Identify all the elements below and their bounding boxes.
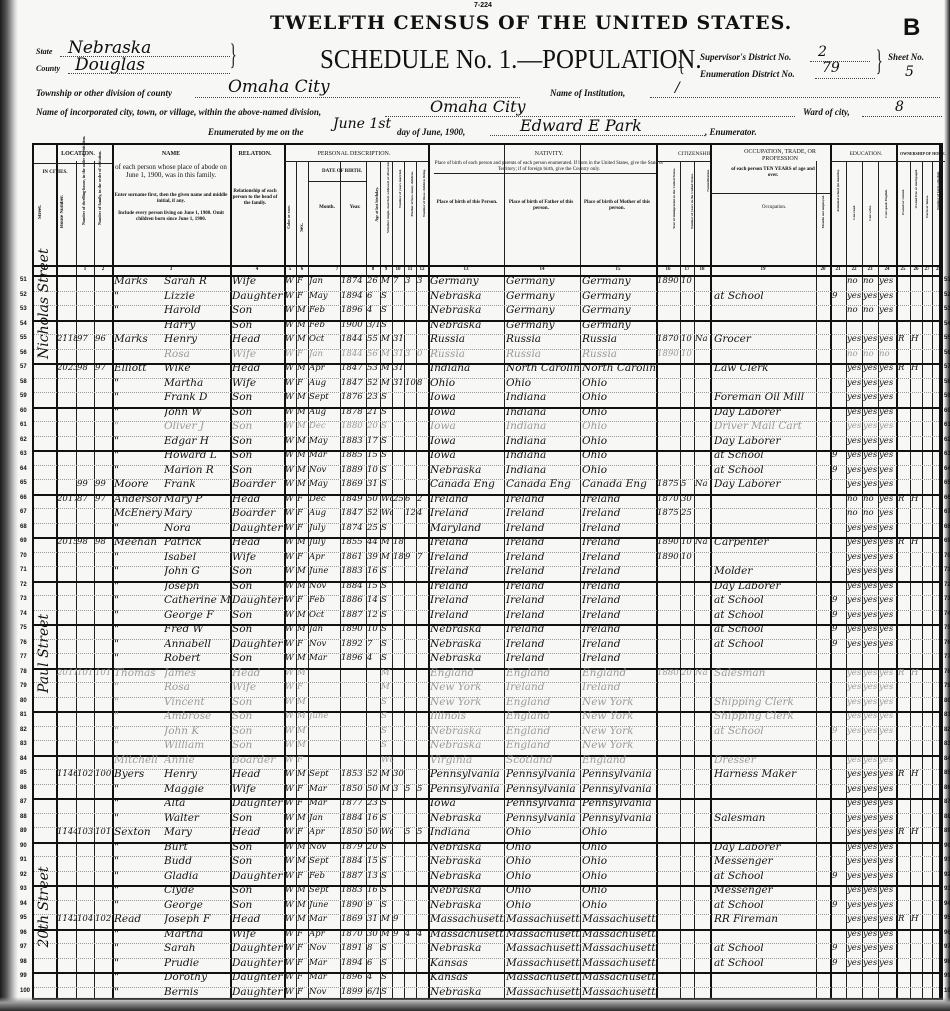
cell-surname: " (114, 434, 162, 449)
cell-given-name: Edgar H (164, 434, 230, 449)
cell-read: yes (847, 695, 863, 710)
cell-write: yes (863, 448, 879, 463)
cell-birthplace: Pennsylvania (430, 767, 504, 782)
cell-write: yes (863, 869, 879, 884)
scan-edge-bottom (0, 997, 950, 1011)
cell-month: Mar (309, 970, 340, 985)
cell-year: 1878 (341, 405, 367, 420)
cell-school: 9 (832, 637, 846, 652)
cell-yrs-us: 20 (681, 666, 695, 681)
line-number-right: 68 (944, 524, 950, 530)
header-house-number: House Number. (60, 195, 65, 228)
cell-age: 17 (367, 434, 381, 449)
line-number-left: 77 (20, 654, 27, 660)
cell-write: yes (863, 753, 879, 768)
cell-mother-birthplace: Ohio (582, 448, 656, 463)
cell-month: July (309, 521, 340, 536)
cell-occupation: Day Laborer (714, 405, 816, 420)
line-number-right: 70 (944, 553, 950, 559)
line-number-left: 97 (20, 944, 27, 950)
cell-dwelling: 102 (77, 767, 95, 782)
cell-birthplace: Germany (430, 274, 504, 289)
cell-occupation: at School (714, 724, 816, 739)
cell-year: 1850 (341, 782, 367, 797)
cell-write: yes (863, 912, 879, 927)
cell-father-birthplace: Indiana (506, 390, 580, 405)
cell-family: 102 (95, 912, 113, 927)
line-number-right: 76 (944, 640, 950, 646)
cell-english: yes (879, 782, 897, 797)
cell-years-married: 25 (393, 492, 405, 507)
cell-read: yes (847, 883, 863, 898)
cell-father-birthplace: Massachusetts (506, 941, 580, 956)
cell-age: 4 (367, 303, 381, 318)
cell-immig: 1890 (657, 274, 681, 289)
cell-year: 1890 (341, 898, 367, 913)
cell-marital: Wd (381, 753, 393, 768)
cell-surname: " (114, 448, 162, 463)
line-number-right: 89 (944, 828, 950, 834)
cell-birthplace: Russia (430, 332, 504, 347)
cell-relation: Son (232, 434, 284, 449)
cell-surname: " (114, 811, 162, 826)
cell-color: W (285, 579, 297, 594)
cell-month: Feb (309, 593, 340, 608)
line-number-left: 74 (20, 611, 27, 617)
cell-immig: 1890 (657, 550, 681, 565)
line-number-left: 89 (20, 828, 27, 834)
cell-father-birthplace: Ireland (506, 521, 580, 536)
city-label: Name of incorporated city, town, or vill… (36, 107, 321, 117)
cell-year: 1887 (341, 608, 367, 623)
cell-age: 16 (367, 883, 381, 898)
cell-birthplace: Nebraska (430, 811, 504, 826)
line-number-right: 72 (944, 582, 950, 588)
cell-sex: F (297, 521, 309, 536)
cell-occupation: at School (714, 941, 816, 956)
cell-birthplace: Kansas (430, 956, 504, 971)
sheet-side-letter: B (903, 14, 920, 42)
cell-english: yes (879, 767, 897, 782)
census-title: TWELFTH CENSUS OF THE UNITED STATES. (270, 12, 792, 34)
cell-mother-birthplace: New York (582, 695, 656, 710)
cell-occupation: Day Laborer (714, 840, 816, 855)
cell-marital: M (381, 666, 393, 681)
cell-occupation: at School (714, 608, 816, 623)
cell-month: Mar (309, 782, 340, 797)
cell-read: yes (847, 550, 863, 565)
header-occupation-sub: Occupation. (734, 205, 814, 211)
cell-marital: S (381, 622, 393, 637)
cell-birthplace: Ireland (430, 593, 504, 608)
cell-marital: M (381, 274, 393, 289)
cell-immig: 1875 (657, 477, 681, 492)
cell-natur: Na (695, 332, 711, 347)
cell-occupation: Harness Maker (714, 767, 816, 782)
cell-write: yes (863, 477, 879, 492)
cell-year: 1883 (341, 564, 367, 579)
cell-school: 9 (832, 622, 846, 637)
cell-write: yes (863, 941, 879, 956)
cell-occupation: at School (714, 448, 816, 463)
cell-mother-birthplace: Ohio (582, 405, 656, 420)
cell-month: Mar (309, 796, 340, 811)
cell-children-living: 4 (417, 927, 429, 942)
cell-mother-birthplace: Ireland (582, 506, 656, 521)
cell-age: 20 (367, 419, 381, 434)
cell-sex: F (297, 869, 309, 884)
cell-english: yes (879, 927, 897, 942)
column-number: 3 (112, 267, 230, 272)
cell-father-birthplace: Massachusetts (506, 927, 580, 942)
cell-birthplace: Virginia (430, 753, 504, 768)
street-name: Paul Street (36, 541, 52, 765)
cell-marital: S (381, 608, 393, 623)
column-number: 17 (680, 267, 694, 272)
cell-children-living: 7 (417, 550, 429, 565)
cell-write: yes (863, 796, 879, 811)
cell-mother-birthplace: Ireland (582, 535, 656, 550)
cell-birthplace: Nebraska (430, 941, 504, 956)
cell-father-birthplace: Ireland (506, 608, 580, 623)
header-birth-person: Place of birth of this Person. (434, 200, 500, 206)
cell-occupation: at School (714, 869, 816, 884)
cell-relation: Head (232, 535, 284, 550)
cell-english: yes (879, 854, 897, 869)
cell-given-name: Martha (164, 927, 230, 942)
state-label: State (36, 47, 52, 56)
cell-read: yes (847, 419, 863, 434)
cell-father-birthplace: Ireland (506, 593, 580, 608)
cell-year: 1844 (341, 347, 367, 362)
cell-father-birthplace: Germany (506, 274, 580, 289)
cell-mother-birthplace: Ohio (582, 869, 656, 884)
cell-read: yes (847, 477, 863, 492)
cell-read: no (847, 303, 863, 318)
cell-read: yes (847, 593, 863, 608)
cell-year: 1896 (341, 651, 367, 666)
schedule-title: SCHEDULE No. 1.—POPULATION. (320, 44, 702, 75)
cell-age: 31 (367, 477, 381, 492)
cell-read: yes (847, 854, 863, 869)
header-birth-father: Place of birth of Father of this person. (506, 200, 576, 212)
brace: } (230, 38, 237, 72)
cell-read: yes (847, 376, 863, 391)
cell-mother-birthplace: New York (582, 709, 656, 724)
cell-relation: Son (232, 564, 284, 579)
column-number: 9 (380, 267, 392, 272)
cell-english: yes (879, 622, 897, 637)
cell-english: yes (879, 550, 897, 565)
cell-marital: S (381, 796, 393, 811)
header-relation-desc: Relationship of each person to the head … (232, 189, 278, 207)
cell-dwelling: 98 (77, 535, 95, 550)
cell-relation: Head (232, 361, 284, 376)
cell-birthplace: Iowa (430, 448, 504, 463)
cell-surname: " (114, 854, 162, 869)
cell-sex: M (297, 477, 309, 492)
cell-write: yes (863, 695, 879, 710)
cell-birthplace: Indiana (430, 361, 504, 376)
cell-surname: Marks (114, 274, 162, 289)
cell-marital: S (381, 521, 393, 536)
cell-sex: F (297, 492, 309, 507)
cell-sex: F (297, 825, 309, 840)
cell-occupation: Foreman Oil Mill (714, 390, 816, 405)
cell-occupation: at School (714, 956, 816, 971)
cell-given-name: Patrick (164, 535, 230, 550)
cell-mother-birthplace: Ohio (582, 463, 656, 478)
cell-sex: M (297, 434, 309, 449)
enumerated-prefix: Enumerated by me on the (208, 127, 304, 137)
cell-age: 31 (367, 912, 381, 927)
cell-marital: M (381, 550, 393, 565)
cell-month: July (309, 535, 340, 550)
cell-relation: Daughter (232, 637, 284, 652)
cell-age: 6 (367, 289, 381, 304)
cell-family: 101 (95, 825, 113, 840)
line-number-right: 95 (944, 915, 950, 921)
cell-given-name: Budd (164, 854, 230, 869)
cell-given-name: Sarah R (164, 274, 230, 289)
line-number-left: 83 (20, 741, 27, 747)
cell-given-name: Mary P (164, 492, 230, 507)
cell-children-living: 8 (417, 376, 429, 391)
cell-write: yes (863, 956, 879, 971)
cell-sex: F (297, 637, 309, 652)
cell-age: 52 (367, 767, 381, 782)
line-number-left: 91 (20, 857, 27, 863)
cell-surname: " (114, 869, 162, 884)
cell-father-birthplace: Ireland (506, 579, 580, 594)
cell-children-born: 5 (405, 782, 417, 797)
cell-month: Nov (309, 637, 340, 652)
cell-color: W (285, 854, 297, 869)
cell-color: W (285, 738, 297, 753)
cell-given-name: Sarah (164, 941, 230, 956)
cell-month: Mar (309, 448, 340, 463)
column-number: 27 (922, 267, 932, 272)
cell-given-name: Harry (164, 318, 230, 333)
cell-relation: Son (232, 840, 284, 855)
cell-english: yes (879, 709, 897, 724)
line-number-left: 68 (20, 524, 27, 530)
cell-age: 16 (367, 564, 381, 579)
cell-surname: " (114, 680, 162, 695)
line-number-left: 60 (20, 408, 27, 414)
cell-given-name: Annie (164, 753, 230, 768)
cell-given-name: Oliver J (164, 419, 230, 434)
line-number-right: 96 (944, 930, 950, 936)
cell-color: W (285, 477, 297, 492)
cell-age: 50 (367, 782, 381, 797)
cell-english: yes (879, 434, 897, 449)
cell-surname: Mitchell (114, 753, 162, 768)
column-number: 18 (694, 267, 710, 272)
cell-year: 1894 (341, 289, 367, 304)
cell-english: yes (879, 535, 897, 550)
cell-marital: S (381, 840, 393, 855)
cell-father-birthplace: Indiana (506, 448, 580, 463)
cell-father-birthplace: Ohio (506, 854, 580, 869)
cell-marital: S (381, 709, 393, 724)
cell-year: 1884 (341, 854, 367, 869)
header-farm-house: Farm or house. (925, 195, 929, 218)
cell-month: Aug (309, 506, 340, 521)
cell-surname: Elliott (114, 361, 162, 376)
cell-given-name: Howard L (164, 448, 230, 463)
cell-month: Oct (309, 608, 340, 623)
cell-english: yes (879, 941, 897, 956)
enumerator-name: Edward E Park (520, 116, 642, 135)
cell-year: 1844 (341, 332, 367, 347)
cell-write: yes (863, 434, 879, 449)
institution-label: Name of Institution, (550, 88, 625, 98)
cell-write: yes (863, 767, 879, 782)
cell-surname: " (114, 651, 162, 666)
cell-relation: Wife (232, 680, 284, 695)
header-name-note2: Include every person living on June 1, 1… (114, 211, 228, 223)
line-number-right: 66 (944, 495, 950, 501)
header-mother-of: Mother of how many children. (410, 171, 414, 216)
cell-given-name: Wike (164, 361, 230, 376)
cell-given-name: Clyde (164, 883, 230, 898)
cell-sex: M (297, 767, 309, 782)
cell-age: 15 (367, 579, 381, 594)
line-number-left: 72 (20, 582, 27, 588)
line-number-right: 94 (944, 901, 950, 907)
cell-mother-birthplace: Pennsylvania (582, 796, 656, 811)
cell-relation: Daughter (232, 941, 284, 956)
cell-year: 1879 (341, 840, 367, 855)
cell-surname: " (114, 376, 162, 391)
line-number-left: 66 (20, 495, 27, 501)
cell-given-name: Joseph (164, 579, 230, 594)
cell-given-name: Gladia (164, 869, 230, 884)
line-number-left: 80 (20, 698, 27, 704)
cell-write: yes (863, 535, 879, 550)
cell-relation: Son (232, 651, 284, 666)
cell-given-name: Walter (164, 811, 230, 826)
cell-family: 98 (95, 535, 113, 550)
cell-birthplace: Ireland (430, 564, 504, 579)
cell-father-birthplace: Scotland (506, 753, 580, 768)
cell-occupation: RR Fireman (714, 912, 816, 927)
cell-birthplace: Ireland (430, 608, 504, 623)
cell-color: W (285, 869, 297, 884)
cell-father-birthplace: England (506, 738, 580, 753)
line-number-right: 69 (944, 538, 950, 544)
cell-father-birthplace: England (506, 695, 580, 710)
cell-mother-birthplace: North Carolina (582, 361, 656, 376)
line-number-right: 86 (944, 785, 950, 791)
cell-marital: M (381, 767, 393, 782)
cell-year: 1849 (341, 492, 367, 507)
cell-english: yes (879, 303, 897, 318)
line-number-right: 71 (944, 567, 950, 573)
cell-read: no (847, 347, 863, 362)
cell-occupation: at School (714, 289, 816, 304)
cell-month: Aug (309, 376, 340, 391)
cell-year: 1891 (341, 941, 367, 956)
cell-age: 13 (367, 869, 381, 884)
line-number-left: 54 (20, 321, 27, 327)
cell-children-born: 3 (405, 274, 417, 289)
line-number-left: 90 (20, 843, 27, 849)
cell-birthplace: Nebraska (430, 303, 504, 318)
cell-read: yes (847, 463, 863, 478)
cell-natur: Na (695, 477, 711, 492)
cell-own: R (898, 912, 910, 927)
cell-birthplace: Kansas (430, 970, 504, 985)
cell-mother-birthplace: Ohio (582, 376, 656, 391)
cell-sex: M (297, 883, 309, 898)
cell-birthplace: Nebraska (430, 898, 504, 913)
cell-write: no (863, 506, 879, 521)
cell-father-birthplace: Indiana (506, 419, 580, 434)
cell-mother-birthplace: Ireland (582, 593, 656, 608)
cell-english: yes (879, 521, 897, 536)
column-number: 6 (296, 267, 308, 272)
cell-birthplace: New York (430, 695, 504, 710)
cell-father-birthplace: Ohio (506, 840, 580, 855)
cell-sex: M (297, 738, 309, 753)
cell-children-born: 10 (405, 376, 417, 391)
cell-write: yes (863, 405, 879, 420)
cell-occupation: Messenger (714, 883, 816, 898)
cell-read: yes (847, 521, 863, 536)
scan-edge-left (0, 0, 18, 1011)
cell-color: W (285, 753, 297, 768)
cell-father-birthplace: Ireland (506, 651, 580, 666)
line-number-right: 52 (944, 292, 950, 298)
column-number: 11 (404, 267, 416, 272)
line-number-right: 62 (944, 437, 950, 443)
cell-month: Apr (309, 825, 340, 840)
enumerator-label: , Enumerator. (705, 127, 757, 137)
cell-given-name: Nora (164, 521, 230, 536)
column-number: 20 (816, 267, 830, 272)
cell-read: yes (847, 535, 863, 550)
column-number: 4 (230, 267, 284, 272)
cell-sex: F (297, 927, 309, 942)
cell-age: 55 (367, 332, 381, 347)
cell-write: yes (863, 811, 879, 826)
cell-family: 100 (95, 767, 113, 782)
column-number: 28 (932, 267, 945, 272)
cell-years-married: 3 (393, 782, 405, 797)
line-number-left: 92 (20, 872, 27, 878)
cell-relation: Son (232, 622, 284, 637)
cell-sex: M (297, 666, 309, 681)
cell-relation: Son (232, 318, 284, 333)
line-number-right: 80 (944, 698, 950, 704)
cell-relation: Son (232, 405, 284, 420)
cell-occupation: Law Clerk (714, 361, 816, 376)
cell-given-name: Martha (164, 376, 230, 391)
header-attended-school: Attended school (in months). (836, 169, 840, 212)
cell-surname: " (114, 724, 162, 739)
cell-color: W (285, 811, 297, 826)
line-number-left: 69 (20, 538, 27, 544)
cell-birthplace: Iowa (430, 390, 504, 405)
cell-month: Feb (309, 318, 340, 333)
cell-children-living: 0 (417, 347, 429, 362)
enumeration-label: Enumeration District No. (700, 69, 795, 79)
cell-house: 2015 (57, 535, 77, 550)
cell-mother-birthplace: Ireland (582, 680, 656, 695)
township-label: Township or other division of county (36, 88, 172, 98)
